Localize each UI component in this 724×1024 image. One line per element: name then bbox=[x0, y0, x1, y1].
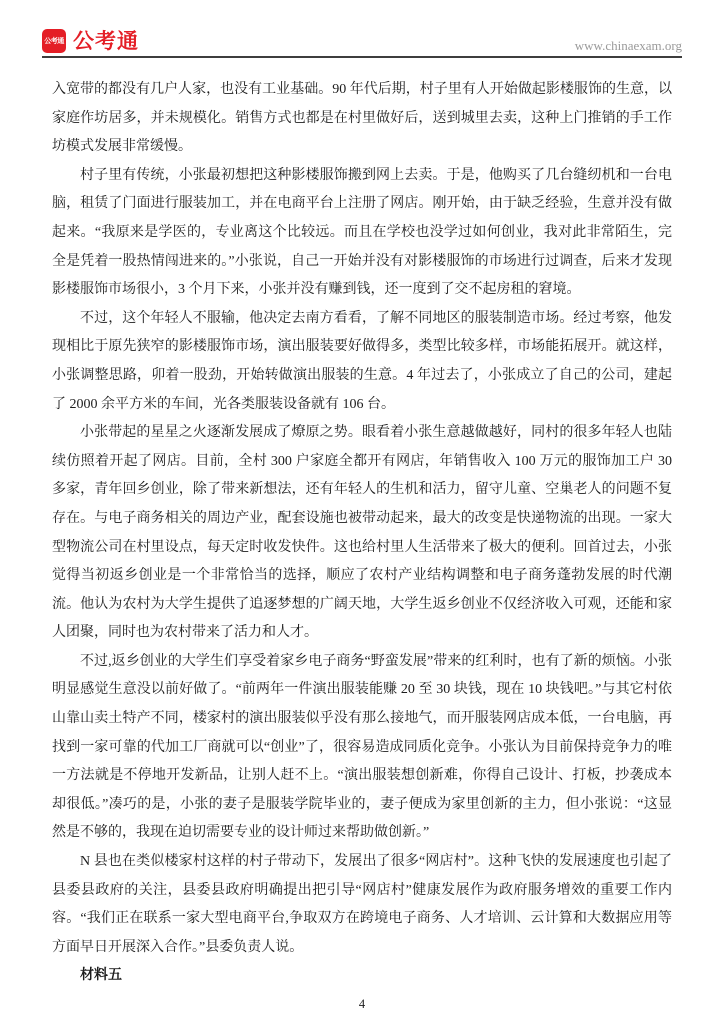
logo-title: 公考通 bbox=[73, 31, 139, 52]
paragraph: N 县也在类似楼家村这样的村子带动下，发展出了很多“网店村”。这种飞快的发展速度… bbox=[52, 848, 672, 962]
site-url-text: www.chinaexam.org bbox=[575, 39, 682, 53]
paragraph: 不过，这个年轻人不服输，他决定去南方看看，了解不同地区的服装制造市场。经过考察，… bbox=[52, 305, 672, 419]
paragraph: 村子里有传统，小张最初想把这种影楼服饰搬到网上去卖。于是，他购买了几台缝纫机和一… bbox=[52, 162, 672, 305]
logo-badge-icon: 公考通 bbox=[42, 29, 66, 53]
page-number: 4 bbox=[359, 997, 365, 1011]
logo: 公考通 公考通 bbox=[42, 29, 139, 53]
paragraph: 小张带起的星星之火逐渐发展成了燎原之势。眼看着小张生意越做越好，同村的很多年轻人… bbox=[52, 419, 672, 648]
section-heading: 材料五 bbox=[52, 962, 672, 991]
page-header: 公考通 公考通 www.chinaexam.org bbox=[42, 24, 682, 58]
paragraph: 不过,返乡创业的大学生们享受着家乡电子商务“野蛮发展”带来的红利时，也有了新的烦… bbox=[52, 648, 672, 848]
page-footer: 4 bbox=[0, 997, 724, 1012]
paragraph-continuation: 入宽带的都没有几户人家，也没有工业基础。90 年代后期，村子里有人开始做起影楼服… bbox=[52, 76, 672, 162]
document-body: 入宽带的都没有几户人家，也没有工业基础。90 年代后期，村子里有人开始做起影楼服… bbox=[52, 76, 672, 991]
document-page: 公考通 公考通 www.chinaexam.org 入宽带的都没有几户人家，也没… bbox=[0, 0, 724, 1024]
